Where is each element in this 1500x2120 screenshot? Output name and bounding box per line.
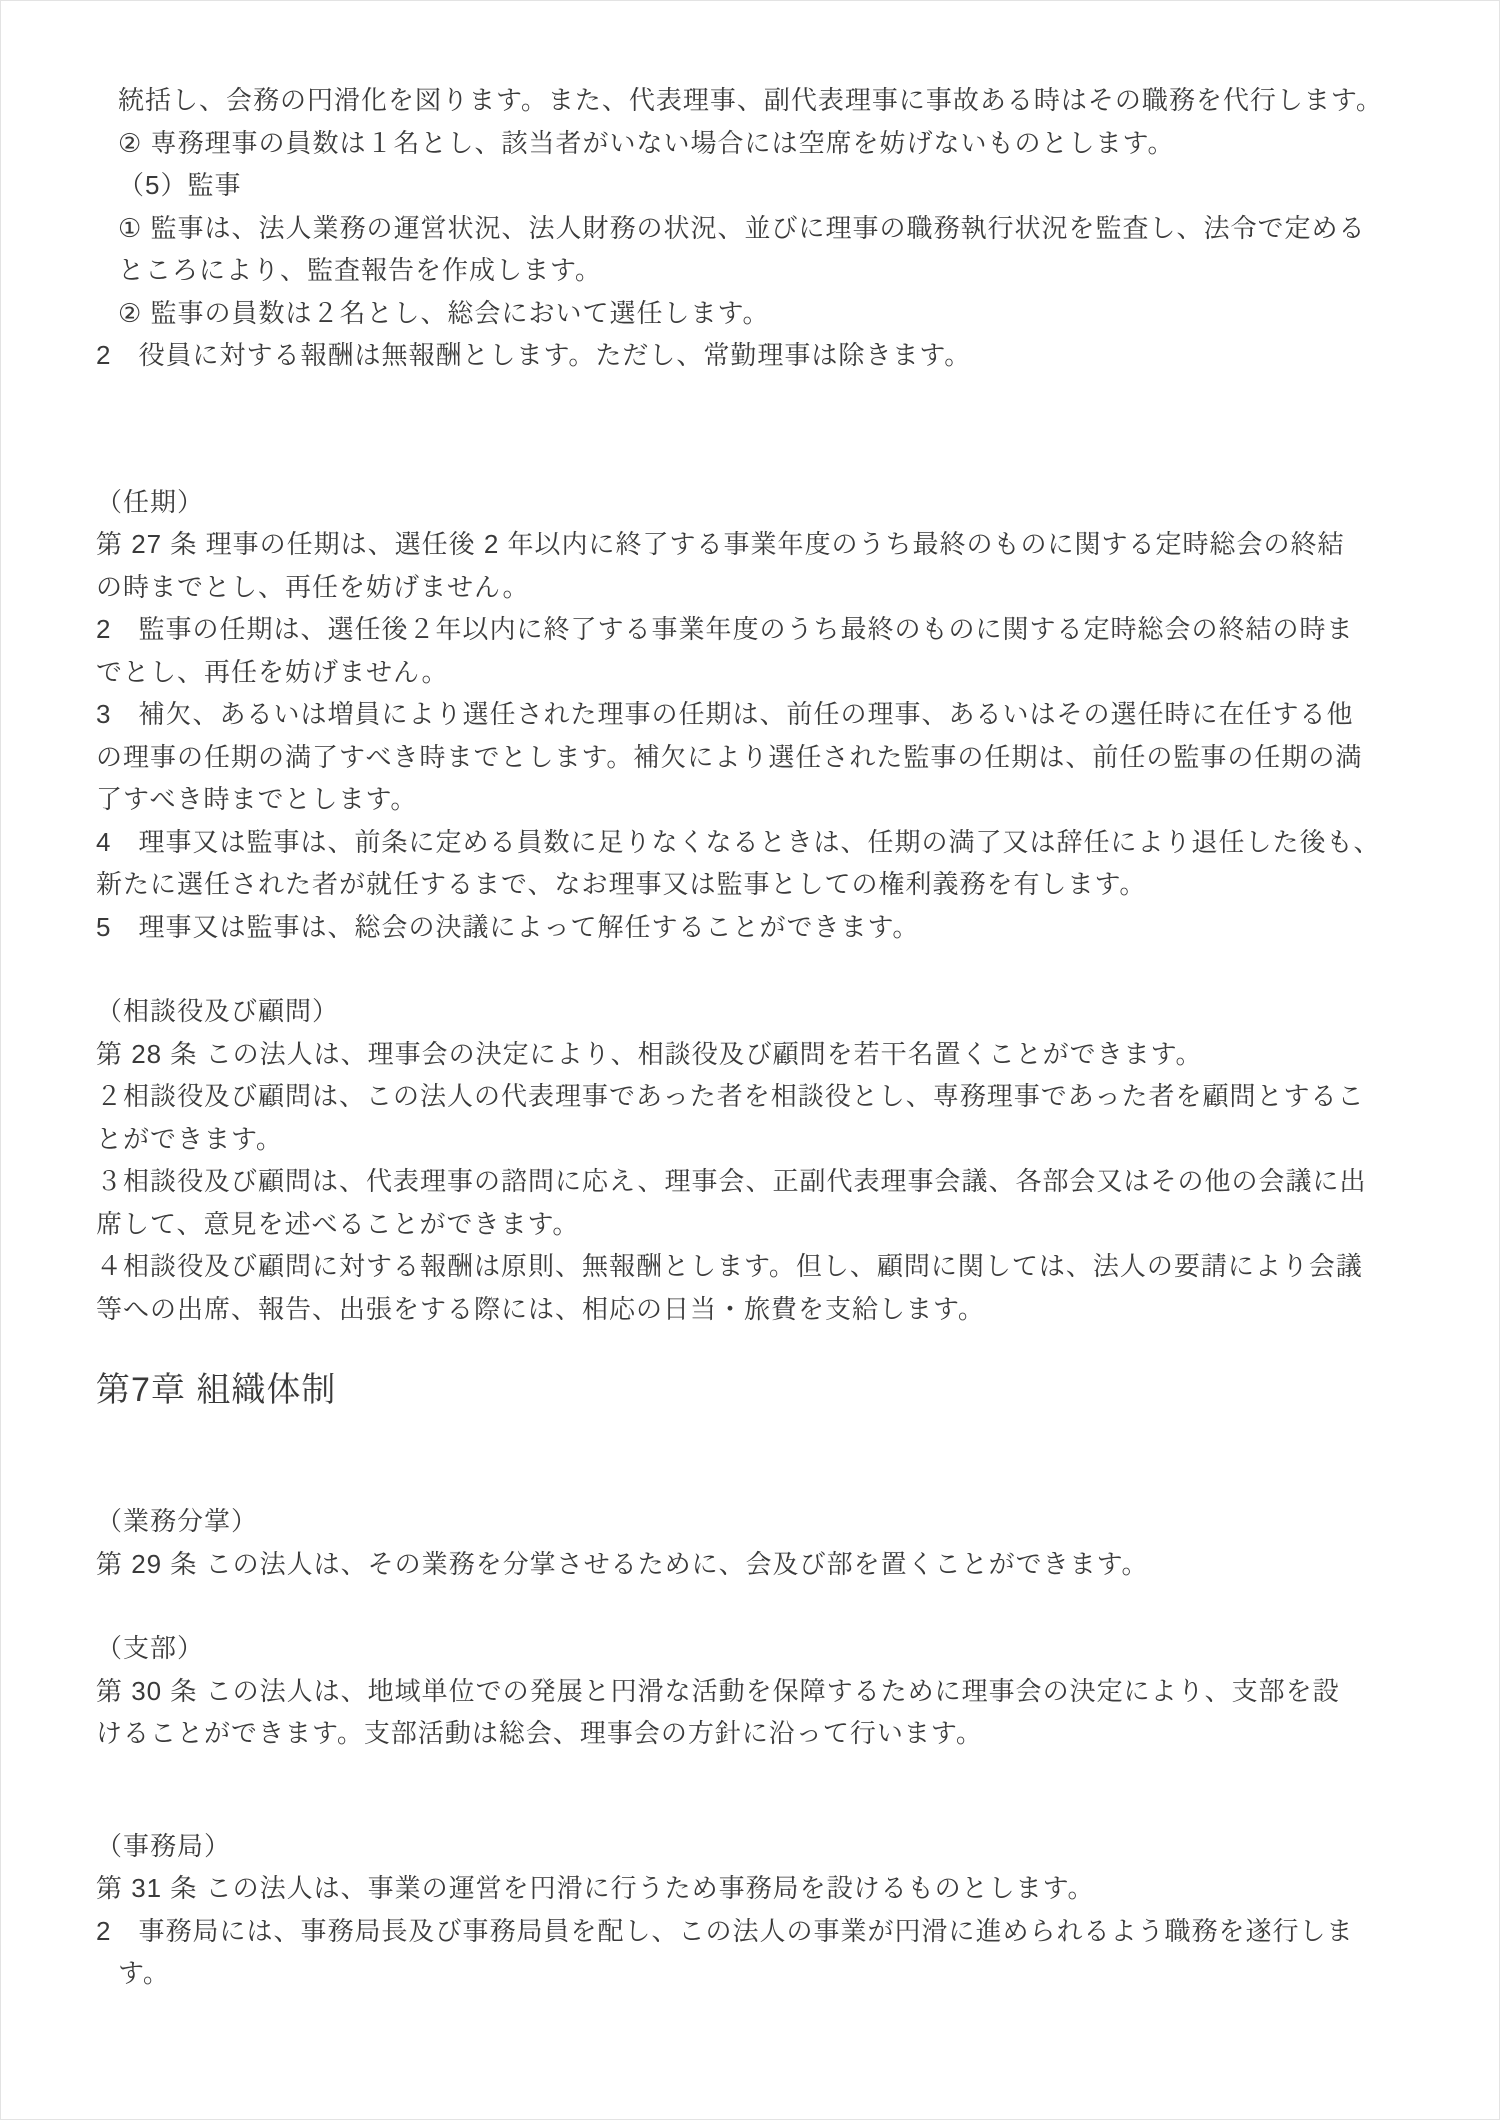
text-line: でとし、再任を妨げません。 [96,651,1411,694]
text-line: 第 27 条 理事の任期は、選任後 2 年以内に終了する事業年度のうち最終のもの… [96,523,1411,566]
text-line: ３相談役及び顧問は、代表理事の諮問に応え、理事会、正副代表理事会議、各部会又はそ… [96,1160,1411,1203]
text-line: （支部） [96,1627,1411,1670]
text-line: 第 30 条 この法人は、地域単位での発展と円滑な活動を保障するために理事会の決… [96,1670,1411,1713]
text-line: 2 事務局には、事務局長及び事務局員を配し、この法人の事業が円滑に進められるよう… [96,1910,1411,1953]
text-line: ② 専務理事の員数は１名とし、該当者がいない場合には空席を妨げないものとします。 [96,122,1411,165]
text-line: けることができます。支部活動は総会、理事会の方針に沿って行います。 [96,1712,1411,1755]
text-line: の理事の任期の満了すべき時までとします。補欠により選任された監事の任期は、前任の… [96,736,1411,779]
spacer [96,1330,1411,1365]
text-line: 統括し、会務の円滑化を図ります。また、代表理事、副代表理事に事故ある時はその職務… [96,79,1411,122]
text-line: す。 [96,1952,1411,1995]
text-line: 第 28 条 この法人は、理事会の決定により、相談役及び顧問を若干名置くことがで… [96,1033,1411,1076]
text-line: 第 31 条 この法人は、事業の運営を円滑に行うため事務局を設けるものとします。 [96,1867,1411,1910]
spacer [96,1755,1411,1825]
text-line: ４相談役及び顧問に対する報酬は原則、無報酬とします。但し、顧問に関しては、法人の… [96,1245,1411,1288]
spacer [96,377,1411,481]
text-line: 2 役員に対する報酬は無報酬とします。ただし、常勤理事は除きます。 [96,334,1411,377]
chapter-heading: 第7章 組織体制 [96,1365,1411,1415]
text-line: の時までとし、再任を妨げません。 [96,566,1411,609]
text-line: ところにより、監査報告を作成します。 [96,249,1411,292]
text-line: 新たに選任された者が就任するまで、なお理事又は監事としての権利義務を有します。 [96,863,1411,906]
spacer [96,1415,1411,1500]
text-line: （任期） [96,481,1411,524]
text-line: 等への出席、報告、出張をする際には、相応の日当・旅費を支給します。 [96,1288,1411,1331]
text-line: 第 29 条 この法人は、その業務を分掌させるために、会及び部を置くことができま… [96,1543,1411,1586]
document-body: 統括し、会務の円滑化を図ります。また、代表理事、副代表理事に事故ある時はその職務… [96,79,1411,1995]
text-line: 3 補欠、あるいは増員により選任された理事の任期は、前任の理事、あるいはその選任… [96,693,1411,736]
text-line: ② 監事の員数は２名とし、総会において選任します。 [96,292,1411,335]
text-line: （事務局） [96,1825,1411,1868]
text-line: （業務分掌） [96,1500,1411,1543]
text-line: ２相談役及び顧問は、この法人の代表理事であった者を相談役とし、専務理事であった者… [96,1075,1411,1118]
text-line: 席して、意見を述べることができます。 [96,1203,1411,1246]
text-line: 5 理事又は監事は、総会の決議によって解任することができます。 [96,906,1411,949]
text-line: （5）監事 [96,164,1411,207]
text-line: ① 監事は、法人業務の運営状況、法人財務の状況、並びに理事の職務執行状況を監査し… [96,207,1411,250]
text-line: （相談役及び顧問） [96,990,1411,1033]
text-line: とができます。 [96,1118,1411,1161]
spacer [96,1585,1411,1627]
text-line: 2 監事の任期は、選任後２年以内に終了する事業年度のうち最終のものに関する定時総… [96,608,1411,651]
document-page: 統括し、会務の円滑化を図ります。また、代表理事、副代表理事に事故ある時はその職務… [0,0,1500,2120]
text-line: 了すべき時までとします。 [96,778,1411,821]
text-line: 4 理事又は監事は、前条に定める員数に足りなくなるときは、任期の満了又は辞任によ… [96,821,1411,864]
spacer [96,948,1411,990]
